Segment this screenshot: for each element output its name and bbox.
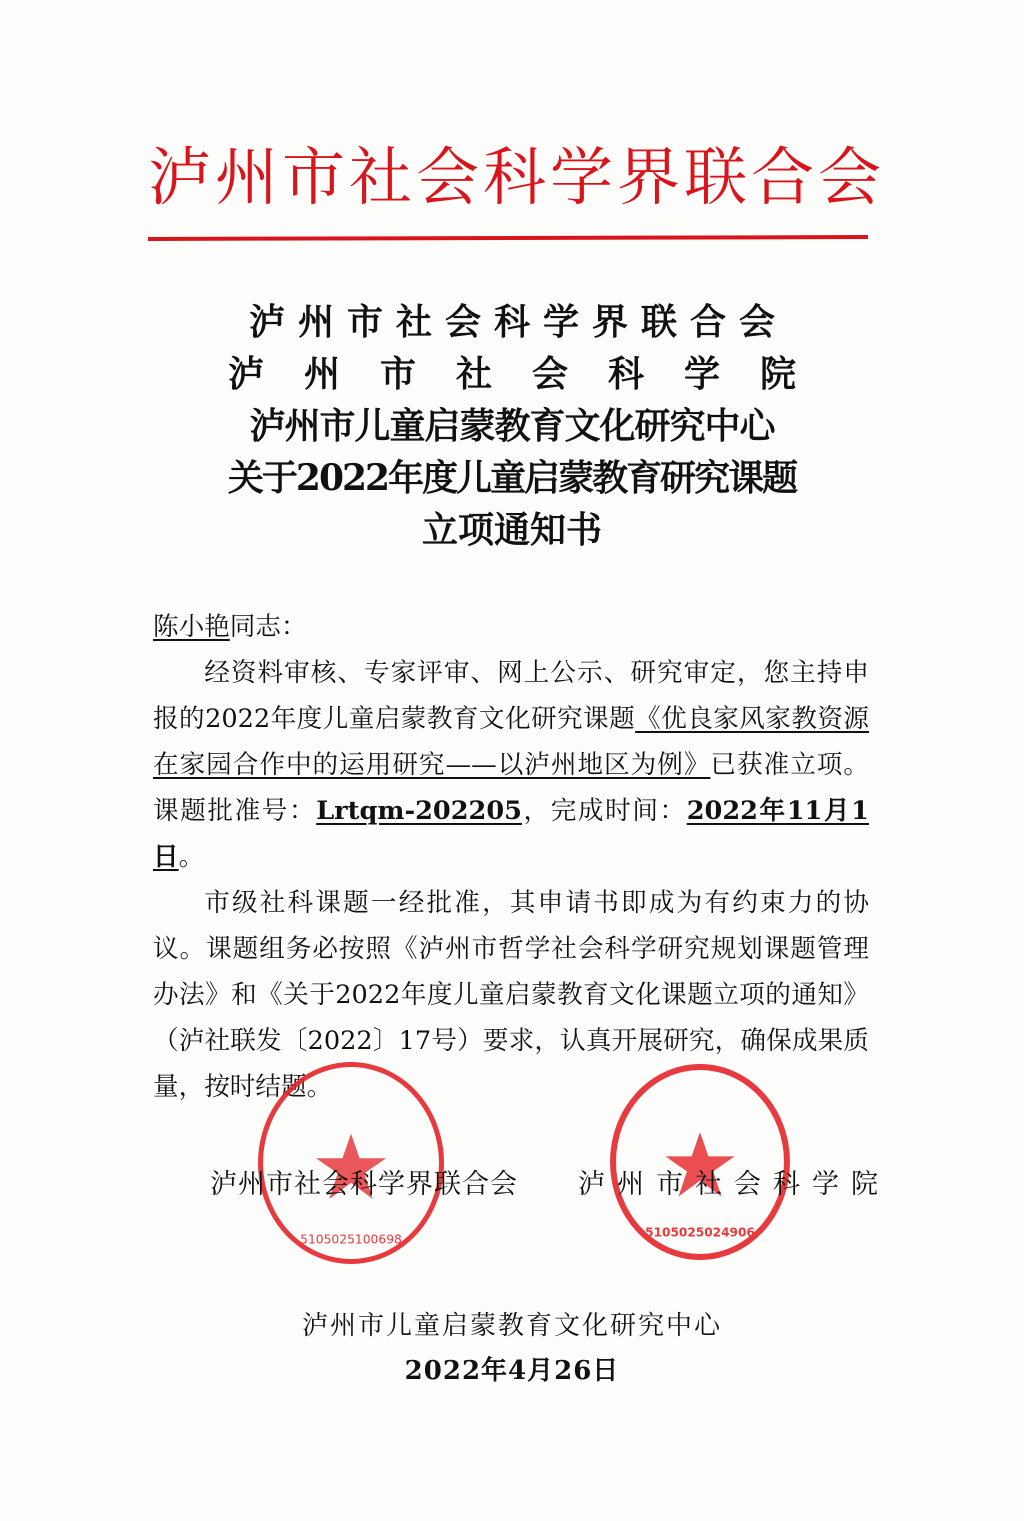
svg-text:5105025024906: 5105025024906 bbox=[645, 1226, 755, 1240]
footer-organization: 泸州市儿童启蒙教育文化研究中心 bbox=[0, 1305, 1024, 1342]
document-title: 泸州市社会科学界联合会 泸州市社会科学院 泸州市儿童启蒙教育文化研究中心 关于2… bbox=[180, 296, 844, 556]
period: 。 bbox=[179, 842, 205, 872]
signature-academy: 泸州市社会科学院 bbox=[578, 1162, 890, 1201]
title-line-1: 泸州市社会科学界联合会 bbox=[193, 296, 844, 348]
title-line-3: 泸州市儿童启蒙教育文化研究中心 bbox=[180, 400, 844, 452]
approval-number: Lrtqm-202205 bbox=[316, 796, 522, 826]
completion-label: ，完成时间： bbox=[522, 796, 687, 826]
salutation: 陈小艳同志： bbox=[153, 604, 869, 650]
letter-body: 陈小艳同志： 经资料审核、专家评审、网上公示、研究审定，您主持申报的2022年度… bbox=[153, 604, 869, 1110]
footer-date: 2022年4月26日 bbox=[0, 1350, 1024, 1387]
signature-federation: 泸州市社会科学界联合会 bbox=[210, 1162, 518, 1201]
title-line-5: 立项通知书 bbox=[180, 504, 844, 556]
recipient-name: 陈小艳 bbox=[153, 612, 230, 642]
letterhead-red-rule bbox=[148, 235, 868, 241]
paragraph-approval: 经资料审核、专家评审、网上公示、研究审定，您主持申报的2022年度儿童启蒙教育文… bbox=[153, 650, 869, 880]
title-line-2: 泸州市社会科学院 bbox=[220, 348, 844, 400]
title-line-4: 关于2022年度儿童启蒙教育研究课题 bbox=[180, 452, 844, 504]
svg-text:5105025100698: 5105025100698 bbox=[300, 1232, 402, 1246]
salutation-suffix: 同志： bbox=[230, 612, 307, 642]
letterhead-org-name: 泸州市社会科学界联合会 bbox=[148, 138, 870, 218]
